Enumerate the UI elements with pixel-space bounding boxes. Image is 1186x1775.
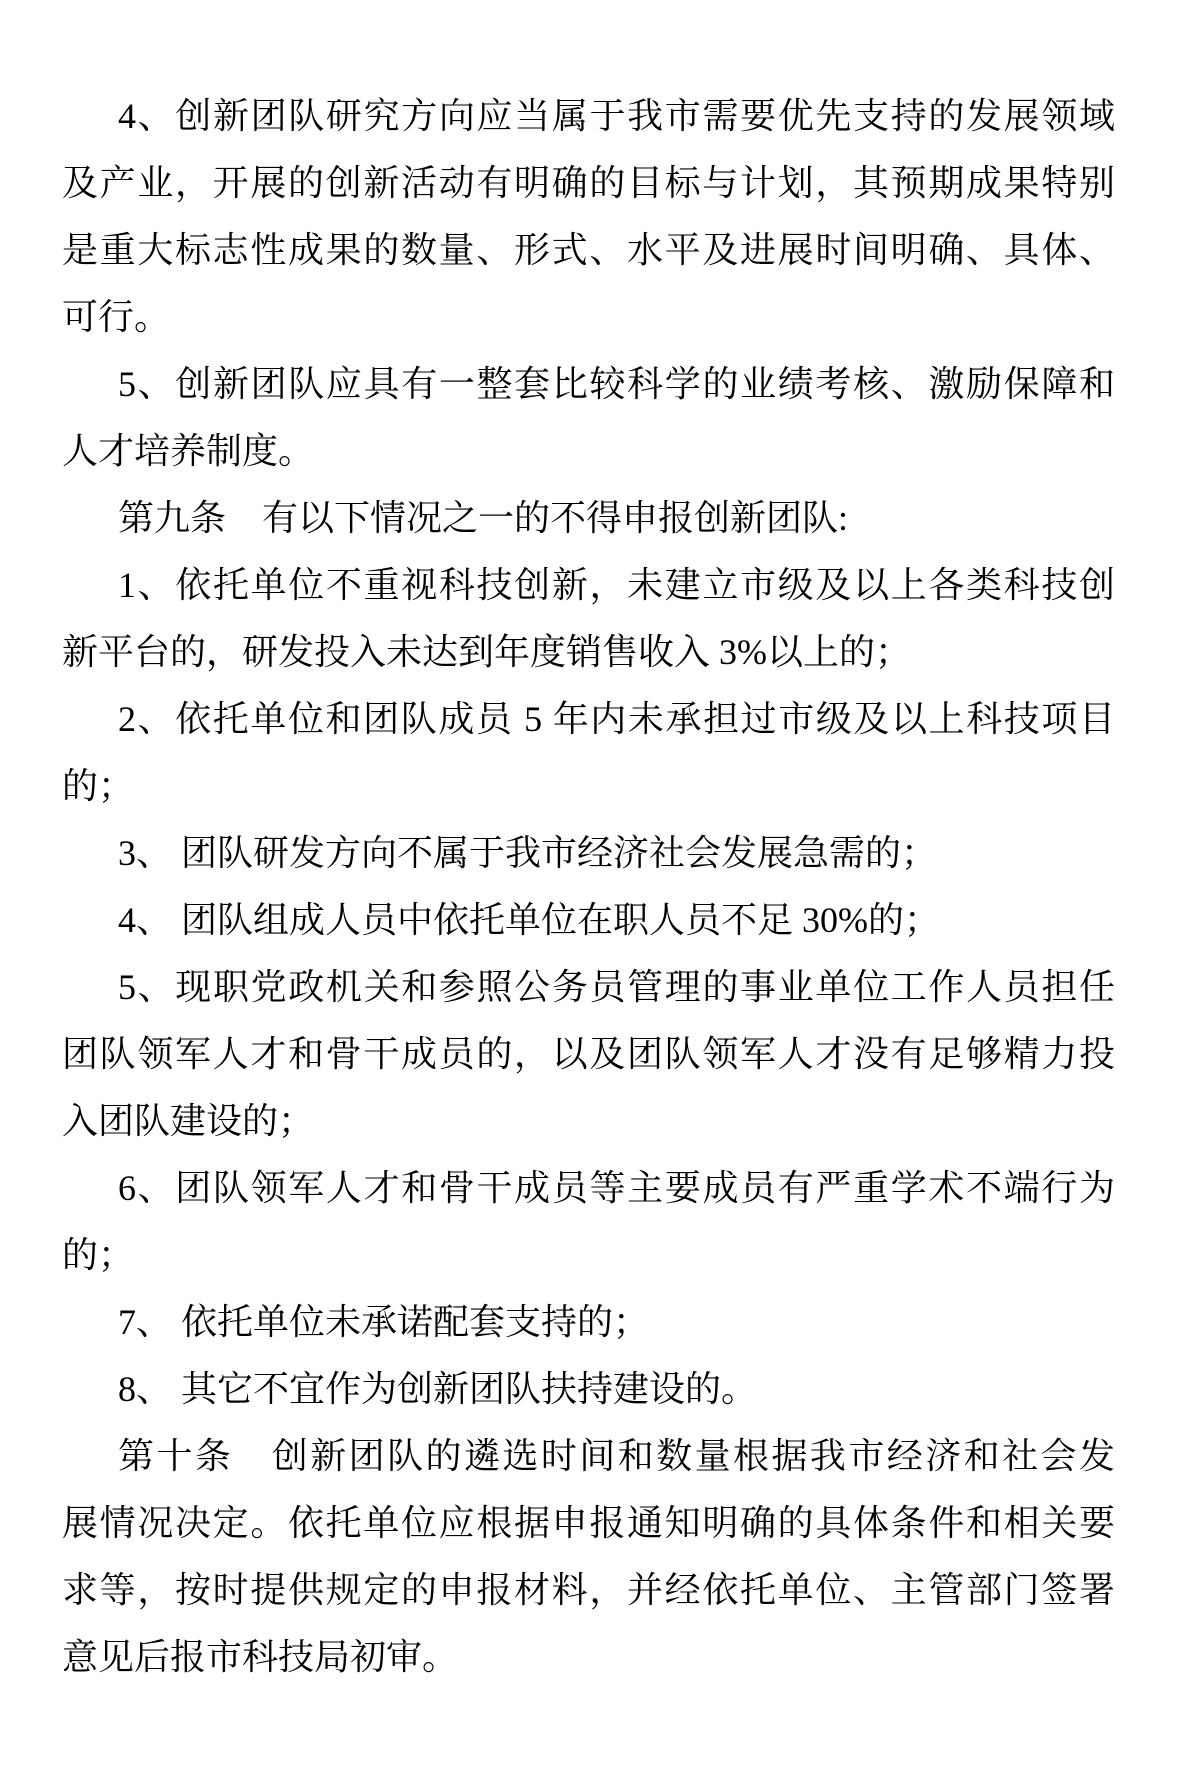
text-line: 展情况决定。依托单位应根据申报通知明确的具体条件和相关要 [62,1490,1115,1557]
text-line: 是重大标志性成果的数量、形式、水平及进展时间明确、具体、 [62,217,1115,284]
text-line: 4、创新团队研究方向应当属于我市需要优先支持的发展领域 [62,83,1115,150]
text-line: 7、 依托单位未承诺配套支持的； [62,1289,1115,1356]
text-line: 8、 其它不宜作为创新团队扶持建设的。 [62,1356,1115,1423]
text-line: 第九条 有以下情况之一的不得申报创新团队: [62,485,1115,552]
document-body: 4、创新团队研究方向应当属于我市需要优先支持的发展领域及产业，开展的创新活动有明… [0,0,1186,1775]
text-line: 第十条 创新团队的遴选时间和数量根据我市经济和社会发 [62,1423,1115,1490]
text-line: 新平台的，研发投入未达到年度销售收入 3%以上的； [62,619,1115,686]
text-line: 5、创新团队应具有一整套比较科学的业绩考核、激励保障和 [62,351,1115,418]
text-line: 入团队建设的； [62,1088,1115,1155]
text-line: 1、依托单位不重视科技创新，未建立市级及以上各类科技创 [62,552,1115,619]
text-line: 2、依托单位和团队成员 5 年内未承担过市级及以上科技项目 [62,686,1115,753]
text-line: 6、团队领军人才和骨干成员等主要成员有严重学术不端行为 [62,1155,1115,1222]
text-line: 的； [62,1222,1115,1289]
text-line: 的； [62,753,1115,820]
document-page: 4、创新团队研究方向应当属于我市需要优先支持的发展领域及产业，开展的创新活动有明… [0,0,1186,1775]
text-line: 团队领军人才和骨干成员的，以及团队领军人才没有足够精力投 [62,1021,1115,1088]
text-line: 意见后报市科技局初审。 [62,1624,1115,1691]
text-line: 5、现职党政机关和参照公务员管理的事业单位工作人员担任 [62,954,1115,1021]
text-line: 人才培养制度。 [62,418,1115,485]
text-line: 可行。 [62,284,1115,351]
text-line: 3、 团队研发方向不属于我市经济社会发展急需的； [62,820,1115,887]
text-line: 求等，按时提供规定的申报材料，并经依托单位、主管部门签署 [62,1557,1115,1624]
text-line: 及产业，开展的创新活动有明确的目标与计划，其预期成果特别 [62,150,1115,217]
text-line: 4、 团队组成人员中依托单位在职人员不足 30%的； [62,887,1115,954]
